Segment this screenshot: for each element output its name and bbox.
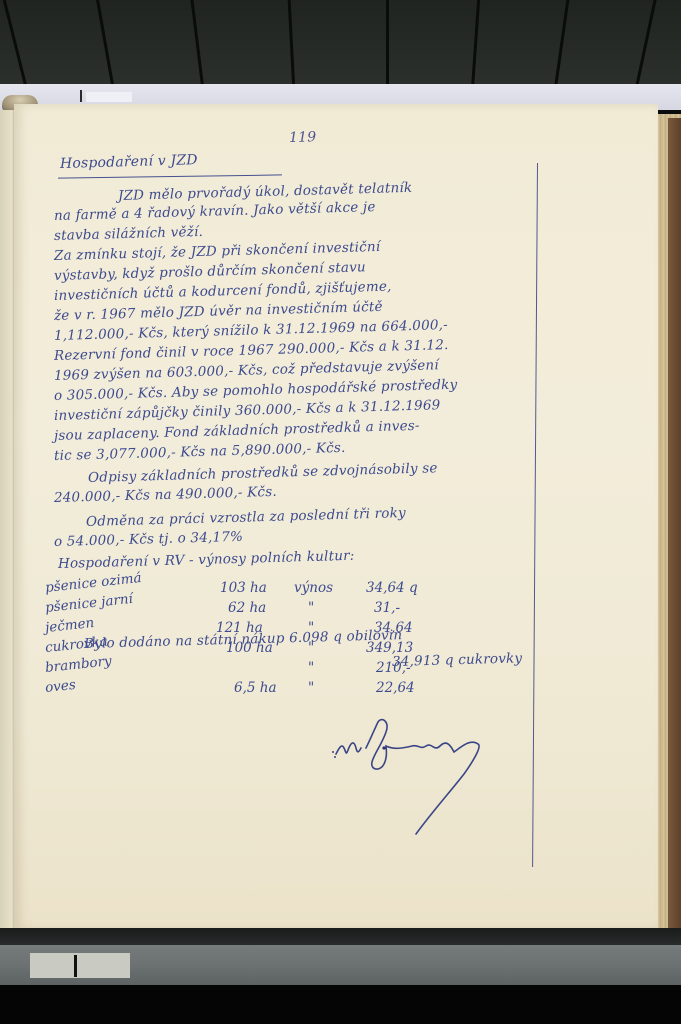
ditto-mark: " — [308, 680, 314, 696]
background-wall-panel — [0, 0, 681, 86]
book-cover — [668, 118, 681, 928]
dark-floor — [0, 985, 681, 1024]
text-line: Hospodaření v RV - výnosy polních kultur… — [58, 548, 355, 572]
ditto-mark: " — [308, 660, 314, 676]
text-line: na farmě a 4 řadový kravín. Jako větší a… — [54, 199, 376, 224]
delivery-line-2: 34,913 q cukrovky — [392, 650, 523, 670]
crop-area: 103 ha — [220, 580, 267, 596]
crop-area: 62 ha — [228, 600, 266, 616]
heading-underline — [58, 174, 282, 178]
crop-name: oves — [44, 677, 76, 696]
page-number: 119 — [289, 129, 317, 146]
crop-yield: 34,64 q — [366, 580, 418, 596]
crop-area: 6,5 ha — [234, 680, 277, 696]
ditto-mark: " — [308, 600, 314, 616]
crop-yield: 31,- — [374, 600, 400, 616]
text-line: o 54.000,- Kčs tj. o 34,17% — [54, 529, 244, 550]
crop-name: ječmen — [44, 615, 95, 636]
section-heading: Hospodaření v JZD — [60, 152, 198, 172]
text-line: Odměna za práci vzrostla za poslední tři… — [86, 505, 406, 530]
margin-rule — [532, 163, 538, 867]
chronicle-page: 119 Hospodaření v JZD JZD mělo prvořadý … — [14, 104, 658, 930]
crop-yield: 22,64 — [376, 680, 415, 696]
text-line: Odpisy základních prostředků se zdvojnás… — [88, 460, 438, 486]
text-line: tic se 3,077.000,- Kčs na 5,890.000,- Kč… — [54, 440, 346, 464]
text-line: 240.000,- Kčs na 490.000,- Kčs. — [54, 484, 277, 506]
crop-name: brambory — [44, 653, 112, 676]
crop-yield-label: výnos — [294, 580, 333, 596]
text-line: stavba silážních věží. — [54, 224, 203, 244]
scanner-bottom-rail — [0, 945, 681, 985]
photo-scene: 119 Hospodaření v JZD JZD mělo prvořadý … — [0, 0, 681, 1024]
signature-icon — [314, 700, 514, 850]
rail-label — [30, 953, 130, 978]
